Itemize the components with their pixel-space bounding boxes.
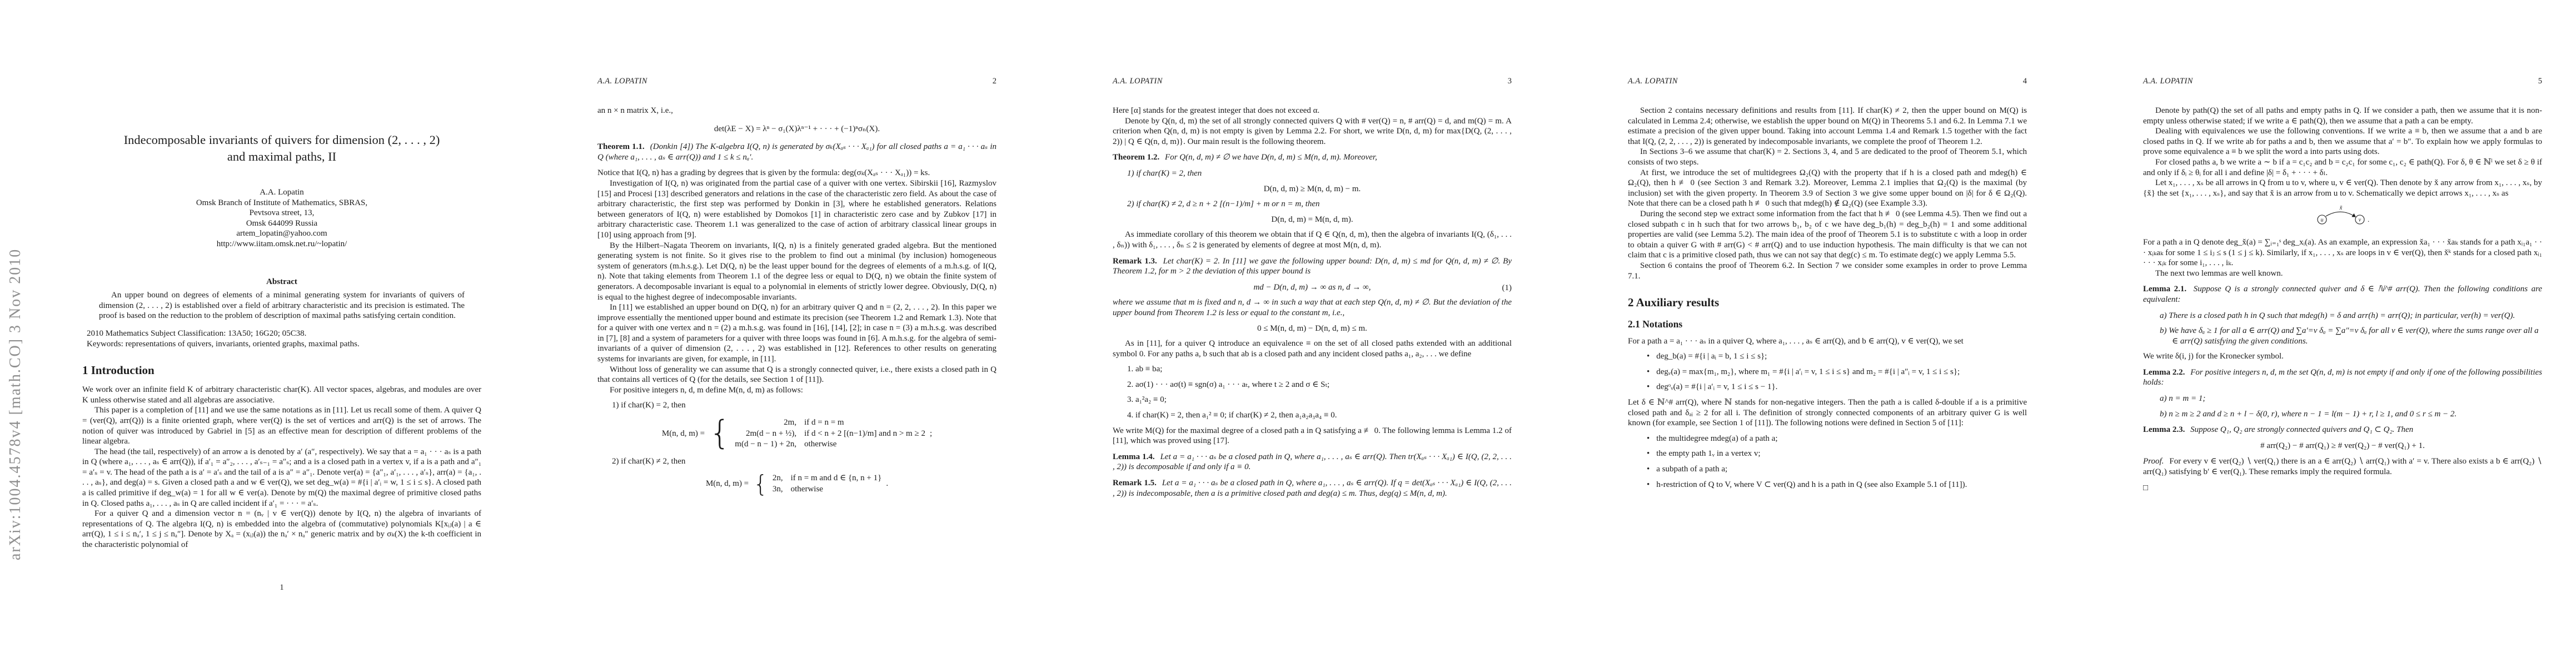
arrow-label: x̌	[2339, 205, 2343, 211]
running-author: A.A. LOPATIN	[1113, 77, 1163, 86]
lemma-text: Let a = a₁ · · · aₛ be a closed path in …	[1113, 452, 1512, 472]
author-homepage: http://www.iitam.omsk.net.ru/~lopatin/	[82, 239, 481, 250]
bullet-text: deg_b(a) = #{i | aᵢ = b, 1 ≤ i ≤ s};	[1656, 351, 1767, 362]
equivalence-rule: 4. if char(K) = 2, then a₁² ≡ 0; if char…	[1127, 410, 1512, 421]
paragraph: Let x₁, . . . , xₛ be all arrows in Q fr…	[2143, 178, 2542, 198]
section-heading-introduction: 1 Introduction	[82, 364, 481, 377]
proof-block: Proof. For every v ∈ ver(Q₂) ∖ ver(Q₁) t…	[2143, 456, 2542, 477]
equivalence-rule: 3. a₁²a₂ ≡ 0;	[1127, 395, 1512, 405]
paragraph: In Sections 3–6 we assume that char(K) =…	[1628, 147, 2027, 167]
case-value: 2m,	[735, 417, 796, 428]
arxiv-paper-preview: { "arxiv_watermark": "arXiv:1004.4578v4 …	[0, 0, 2576, 667]
bullet-text: the multidegree mdeg(a) of a path a;	[1656, 434, 1777, 444]
paragraph: In [11] we established an upper bound on…	[597, 302, 996, 365]
case-1-label: 1) if char(K) = 2, then	[612, 400, 996, 411]
page-4: A.A. LOPATIN 4 Section 2 contains necess…	[1546, 0, 2061, 667]
bullet-dot-icon: •	[1647, 464, 1650, 475]
bullet-item: • h-restriction of Q to V, where V ⊂ ver…	[1647, 480, 2027, 490]
bullet-item: • a subpath of a path a;	[1647, 464, 2027, 475]
remark-label: Remark 1.5.	[1113, 479, 1157, 487]
paragraph: This paper is a completion of [11] and w…	[82, 405, 481, 446]
bullet-text: degᵒᵥ(a) = #{i | a′ᵢ = v, 1 ≤ i ≤ s − 1}…	[1656, 382, 1777, 392]
paper-title-line1: Indecomposable invariants of quivers for…	[82, 132, 481, 148]
paragraph: As in [11], for a quiver Q introduce an …	[1113, 339, 1512, 359]
page-5-content: Denote by path(Q) the set of all paths a…	[2143, 106, 2542, 493]
case-value: m(d − n − 1) + 2n,	[735, 439, 796, 450]
cases-equation-charnot2: M(n, d, m) = { 2n, if n = m and d ∈ {n, …	[597, 473, 996, 494]
paragraph: For a path a in Q denote deg_x̌(a) = ∑ᵢ₌…	[2143, 237, 2542, 268]
theorem-text: (Donkin [4]) The K-algebra I(Q, n) is ge…	[597, 142, 996, 162]
quiver-diagram: u v x̌ .	[2143, 204, 2542, 231]
abstract: An upper bound on degrees of elements of…	[82, 287, 481, 321]
paper-title-line2: and maximal paths, II	[82, 148, 481, 165]
quiver-diagram-svg: u v x̌ .	[2312, 204, 2373, 227]
cases-grid: 2m, if d = n = m 2m(d − n + ½), if d < n…	[735, 417, 925, 450]
paragraph: The next two lemmas are well known.	[2143, 268, 2542, 279]
lemma-label: Lemma 2.1.	[2143, 285, 2186, 293]
case-condition: otherwise	[804, 439, 925, 450]
running-header: A.A. LOPATIN 2	[597, 77, 996, 86]
proof-text: For every v ∈ ver(Q₂) ∖ ver(Q₁) there is…	[2143, 457, 2542, 476]
case-condition: if d = n = m	[804, 417, 925, 428]
display-equation: 0 ≤ M(n, d, m) − D(n, d, m) ≤ m.	[1113, 323, 1512, 334]
paragraph: For a quiver Q and a dimension vector n …	[82, 509, 481, 550]
paragraph: an n × n matrix X, i.e.,	[597, 106, 996, 116]
left-brace: {	[753, 474, 768, 494]
bullet-item: • deg_b(a) = #{i | aᵢ = b, 1 ≤ i ≤ s};	[1647, 351, 2027, 362]
affiliation-line: Omsk 644099 Russia	[82, 218, 481, 229]
paragraph: Let δ ∈ ℕ^# arr(Q), where ℕ stands for n…	[1628, 397, 2027, 429]
page-number: 2	[993, 77, 996, 86]
bullet-item: • degᵥ(a) = max{m₁, m₂}, where m₁ = #{i …	[1647, 367, 2027, 377]
case-value: 3n,	[773, 484, 783, 495]
lemma-text: For positive integers n, d, m the set Q(…	[2143, 368, 2542, 387]
author-email: artem_lopatin@yahoo.com	[82, 228, 481, 239]
paragraph: For a path a = a₁ · · · aₛ in a quiver Q…	[1628, 336, 2027, 347]
display-equation: det(λE − X) = λⁿ − σ₁(X)λⁿ⁻¹ + · · · + (…	[597, 124, 996, 135]
remark-label: Remark 1.3.	[1113, 257, 1157, 266]
cases-grid: 2n, if n = m and d ∈ {n, n + 1} 3n, othe…	[773, 473, 881, 494]
cases-lhs: M(n, d, m) =	[706, 479, 749, 489]
paragraph: Section 6 contains the proof of Theorem …	[1628, 261, 2027, 281]
theorem-text: For Q(n, d, m) ≠ ∅ we have D(n, d, m) ≤ …	[1165, 153, 1377, 162]
paragraph: Investigation of I(Q, n) was originated …	[597, 178, 996, 241]
subsection-heading-notations: 2.1 Notations	[1628, 319, 2027, 330]
equation-body: md − D(n, d, m) → ∞ as n, d → ∞,	[1253, 283, 1371, 292]
running-author: A.A. LOPATIN	[597, 77, 647, 86]
paragraph: For closed paths a, b we write a ∼ b if …	[2143, 157, 2542, 178]
bullet-dot-icon: •	[1647, 434, 1650, 444]
bullet-text: a subpath of a path a;	[1656, 464, 1727, 475]
lemma-2-2: Lemma 2.2. For positive integers n, d, m…	[2143, 367, 2542, 388]
display-equation: D(n, d, m) ≥ M(n, d, m) − m.	[1113, 184, 1512, 195]
author-name: A.A. Lopatin	[82, 187, 481, 198]
paragraph: We write δ(i, j) for the Kronecker symbo…	[2143, 351, 2542, 362]
lemma-item-b: b) We have δₐ ≥ 1 for all a ∈ arr(Q) and…	[2160, 326, 2542, 346]
remark-continuation: where we assume that m is fixed and n, d…	[1113, 297, 1512, 318]
diagram-period: .	[2368, 215, 2369, 223]
bullet-text: degᵥ(a) = max{m₁, m₂}, where m₁ = #{i | …	[1656, 367, 1960, 377]
vertex-label-v: v	[2359, 217, 2361, 223]
paragraph: By the Hilbert–Nagata Theorem on invaria…	[597, 241, 996, 303]
bullet-dot-icon: •	[1647, 480, 1650, 490]
bullet-text: h-restriction of Q to V, where V ⊂ ver(Q…	[1656, 480, 1967, 490]
author-block: A.A. Lopatin Omsk Branch of Institute of…	[82, 187, 481, 250]
paragraph: As immediate corollary of this theorem w…	[1113, 230, 1512, 250]
running-header: A.A. LOPATIN 3	[1113, 77, 1512, 86]
paragraph: Dealing with equivalences we use the fol…	[2143, 126, 2542, 157]
page-number: 5	[2538, 77, 2542, 86]
section-heading-auxiliary-results: 2 Auxiliary results	[1628, 296, 2027, 309]
case-condition: otherwise	[791, 484, 882, 495]
bullet-dot-icon: •	[1647, 382, 1650, 392]
lemma-label: Lemma 2.3.	[2143, 425, 2185, 434]
qed-box: □	[2143, 483, 2542, 494]
page-1: arXiv:1004.4578v4 [math.CO] 3 Nov 2010 I…	[0, 0, 515, 667]
cases-tail: .	[886, 479, 888, 489]
cases-tail: ;	[930, 429, 932, 439]
bullet-item: • the empty path 1ᵥ in a vertex v;	[1647, 449, 2027, 459]
remark-1-3: Remark 1.3. Let char(K) = 2. In [11] we …	[1113, 256, 1512, 277]
msc-line: 2010 Mathematics Subject Classification:…	[87, 328, 477, 339]
bullet-text: the empty path 1ᵥ in a vertex v;	[1656, 449, 1760, 459]
lemma-item-a: a) n = m = 1;	[2160, 394, 2542, 404]
page-4-content: Section 2 contains necessary definitions…	[1628, 106, 2027, 495]
vertex-label-u: u	[2321, 217, 2324, 223]
keywords-line: Keywords: representations of quivers, in…	[87, 339, 477, 350]
display-equation: # arr(Q₂) − # arr(Q₁) ≥ # ver(Q₂) − # ve…	[2143, 441, 2542, 451]
paragraph: Notice that I(Q, n) has a grading by deg…	[597, 168, 996, 178]
page-number: 1	[82, 583, 481, 593]
case-condition: if d < n + 2 [(n−1)/m] and n > m ≥ 2	[804, 429, 925, 439]
bullet-dot-icon: •	[1647, 449, 1650, 459]
paragraph: The head (the tail, respectively) of an …	[82, 447, 481, 509]
paragraph: For positive integers n, d, m define M(n…	[597, 385, 996, 396]
bullet-dot-icon: •	[1647, 367, 1650, 377]
running-header: A.A. LOPATIN 4	[1628, 77, 2027, 86]
case-value: 2n,	[773, 473, 783, 484]
proof-label: Proof.	[2143, 457, 2164, 466]
bullet-item: • the multidegree mdeg(a) of a path a;	[1647, 434, 2027, 444]
page-5: A.A. LOPATIN 5 Denote by path(Q) the set…	[2061, 0, 2576, 667]
affiliation-line: Omsk Branch of Institute of Mathematics,…	[82, 198, 481, 208]
page-number: 4	[2023, 77, 2027, 86]
paragraph: At first, we introduce the set of multid…	[1628, 168, 2027, 209]
running-author: A.A. LOPATIN	[2143, 77, 2193, 86]
lemma-label: Lemma 1.4.	[1113, 452, 1155, 461]
lemma-label: Lemma 2.2.	[2143, 368, 2185, 377]
theorem-item: 1) if char(K) = 2, then	[1127, 168, 1512, 179]
lemma-2-1: Lemma 2.1. Suppose Q is a strongly conne…	[2143, 284, 2542, 305]
abstract-heading: Abstract	[82, 277, 481, 287]
page-3-content: Here [α] stands for the greatest integer…	[1113, 106, 1512, 504]
remark-text: Let a = a₁ · · · aₛ be a closed path in …	[1113, 479, 1512, 498]
page-2: A.A. LOPATIN 2 an n × n matrix X, i.e., …	[515, 0, 1030, 667]
lemma-1-4: Lemma 1.4. Let a = a₁ · · · aₛ be a clos…	[1113, 452, 1512, 472]
equivalence-rule: 2. aσ(1) · · · aσ(t) ≡ sgn(σ) a₁ · · · a…	[1127, 380, 1512, 390]
lemma-item-b: b) n ≥ m ≥ 2 and d ≥ n + l − δ(0, r), wh…	[2160, 409, 2542, 420]
equivalence-rule: 1. ab ≡ ba;	[1127, 364, 1512, 375]
running-header: A.A. LOPATIN 5	[2143, 77, 2542, 86]
lemma-text: Suppose Q is a strongly connected quiver…	[2143, 285, 2542, 304]
arxiv-watermark: arXiv:1004.4578v4 [math.CO] 3 Nov 2010	[7, 248, 24, 560]
paragraph: Here [α] stands for the greatest integer…	[1113, 106, 1512, 116]
paragraph: We work over an infinite field K of arbi…	[82, 385, 481, 405]
arrow-curve	[2326, 212, 2355, 217]
left-brace: {	[709, 419, 730, 447]
cases-equation-char2: M(n, d, m) = { 2m, if d = n = m 2m(d − n…	[597, 417, 996, 450]
lemma-text: Suppose Q₁, Q₂ are strongly connected qu…	[2190, 425, 2413, 434]
cases-lhs: M(n, d, m) =	[662, 429, 705, 439]
theorem-1-2: Theorem 1.2. For Q(n, d, m) ≠ ∅ we have …	[1113, 152, 1512, 163]
paragraph: Section 2 contains necessary definitions…	[1628, 106, 2027, 147]
case-condition: if n = m and d ∈ {n, n + 1}	[791, 473, 882, 484]
abstract-text: An upper bound on degrees of elements of…	[99, 290, 465, 321]
display-equation-1: md − D(n, d, m) → ∞ as n, d → ∞, (1)	[1113, 282, 1512, 293]
page-1-content: Indecomposable invariants of quivers for…	[82, 0, 481, 550]
remark-1-5: Remark 1.5. Let a = a₁ · · · aₛ be a clo…	[1113, 478, 1512, 499]
paragraph: Without loss of generality we can assume…	[597, 365, 996, 385]
case-2-label: 2) if char(K) ≠ 2, then	[612, 456, 996, 467]
theorem-label: Theorem 1.1.	[597, 142, 645, 151]
remark-text: Let char(K) = 2. In [11] we gave the fol…	[1113, 257, 1512, 276]
equation-number: (1)	[1502, 283, 1512, 293]
page-3: A.A. LOPATIN 3 Here [α] stands for the g…	[1030, 0, 1546, 667]
paragraph: Denote by Q(n, d, m) the set of all stro…	[1113, 116, 1512, 147]
bullet-dot-icon: •	[1647, 351, 1650, 362]
affiliation-line: Pevtsova street, 13,	[82, 208, 481, 218]
running-author: A.A. LOPATIN	[1628, 77, 1678, 86]
theorem-1-1: Theorem 1.1. (Donkin [4]) The K-algebra …	[597, 142, 996, 162]
bullet-item: • degᵒᵥ(a) = #{i | a′ᵢ = v, 1 ≤ i ≤ s − …	[1647, 382, 2027, 392]
paragraph: Denote by path(Q) the set of all paths a…	[2143, 106, 2542, 126]
theorem-item: 2) if char(K) ≠ 2, d ≥ n + 2 [(n−1)/m] +…	[1127, 199, 1512, 210]
theorem-label: Theorem 1.2.	[1113, 153, 1159, 162]
lemma-item-a: a) There is a closed path h in Q such th…	[2160, 311, 2542, 321]
page-number: 3	[1508, 77, 1512, 86]
paragraph: During the second step we extract some i…	[1628, 209, 2027, 261]
case-value: 2m(d − n + ½),	[735, 429, 796, 439]
page-2-content: an n × n matrix X, i.e., det(λE − X) = λ…	[597, 106, 996, 501]
display-equation: D(n, d, m) = M(n, d, m).	[1113, 215, 1512, 225]
paragraph: We write M(Q) for the maximal degree of …	[1113, 426, 1512, 446]
paper-title: Indecomposable invariants of quivers for…	[82, 132, 481, 165]
lemma-2-3: Lemma 2.3. Suppose Q₁, Q₂ are strongly c…	[2143, 425, 2542, 435]
